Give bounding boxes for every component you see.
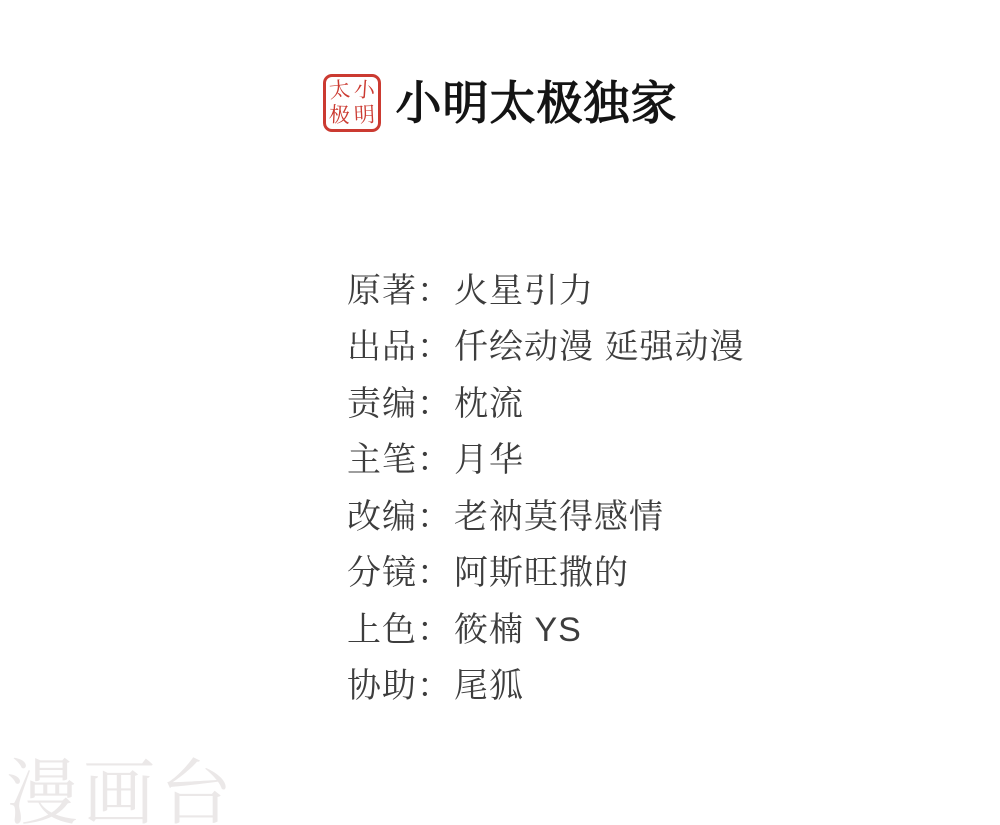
credit-row-producer: 出品： 仟绘动漫 延强动漫 xyxy=(347,316,744,373)
credit-label: 改编： xyxy=(347,489,452,538)
credit-value: 阿斯旺撒的 xyxy=(454,545,629,594)
seal-char: 极 xyxy=(328,104,350,126)
credit-value: 枕流 xyxy=(454,376,524,425)
credit-label: 原著： xyxy=(347,263,452,312)
page-header: 太 小 极 明 小明太极独家 xyxy=(0,74,1000,132)
credit-row-editor: 责编： 枕流 xyxy=(347,372,744,429)
seal-char: 太 xyxy=(327,79,350,102)
credit-row-adaptation: 改编： 老衲莫得感情 xyxy=(347,485,744,542)
credits-list: 原著： 火星引力 出品： 仟绘动漫 延强动漫 责编： 枕流 主笔： 月华 改编：… xyxy=(347,259,744,711)
credit-row-assistant: 协助： 尾狐 xyxy=(347,655,744,712)
credit-label: 主笔： xyxy=(347,432,452,481)
credit-value: 尾狐 xyxy=(454,658,524,707)
credit-label: 出品： xyxy=(347,319,452,368)
credit-label: 协助： xyxy=(347,658,452,707)
credit-value: 月华 xyxy=(454,432,524,481)
credit-row-coloring: 上色： 筱楠 YS xyxy=(347,598,744,655)
credit-value: 仟绘动漫 延强动漫 xyxy=(454,319,744,368)
credit-value: 老衲莫得感情 xyxy=(454,489,664,538)
credit-value: 火星引力 xyxy=(454,263,594,312)
page-title: 小明太极独家 xyxy=(396,80,678,126)
credit-label: 责编： xyxy=(347,376,452,425)
credit-row-original-author: 原著： 火星引力 xyxy=(347,259,744,316)
credit-label: 上色： xyxy=(347,602,452,651)
credits-page: 太 小 极 明 小明太极独家 原著： 火星引力 出品： 仟绘动漫 延强动漫 责编… xyxy=(0,0,1000,825)
manhuatai-watermark: 漫画台 xyxy=(6,758,237,825)
seal-char: 小 xyxy=(353,79,375,101)
red-seal-stamp-icon: 太 小 极 明 xyxy=(323,74,381,132)
credit-row-lead-artist: 主笔： 月华 xyxy=(347,429,744,486)
credit-row-storyboard: 分镜： 阿斯旺撒的 xyxy=(347,542,744,599)
credit-value: 筱楠 YS xyxy=(454,602,582,651)
seal-char: 明 xyxy=(353,104,375,126)
credit-label: 分镜： xyxy=(347,545,452,594)
